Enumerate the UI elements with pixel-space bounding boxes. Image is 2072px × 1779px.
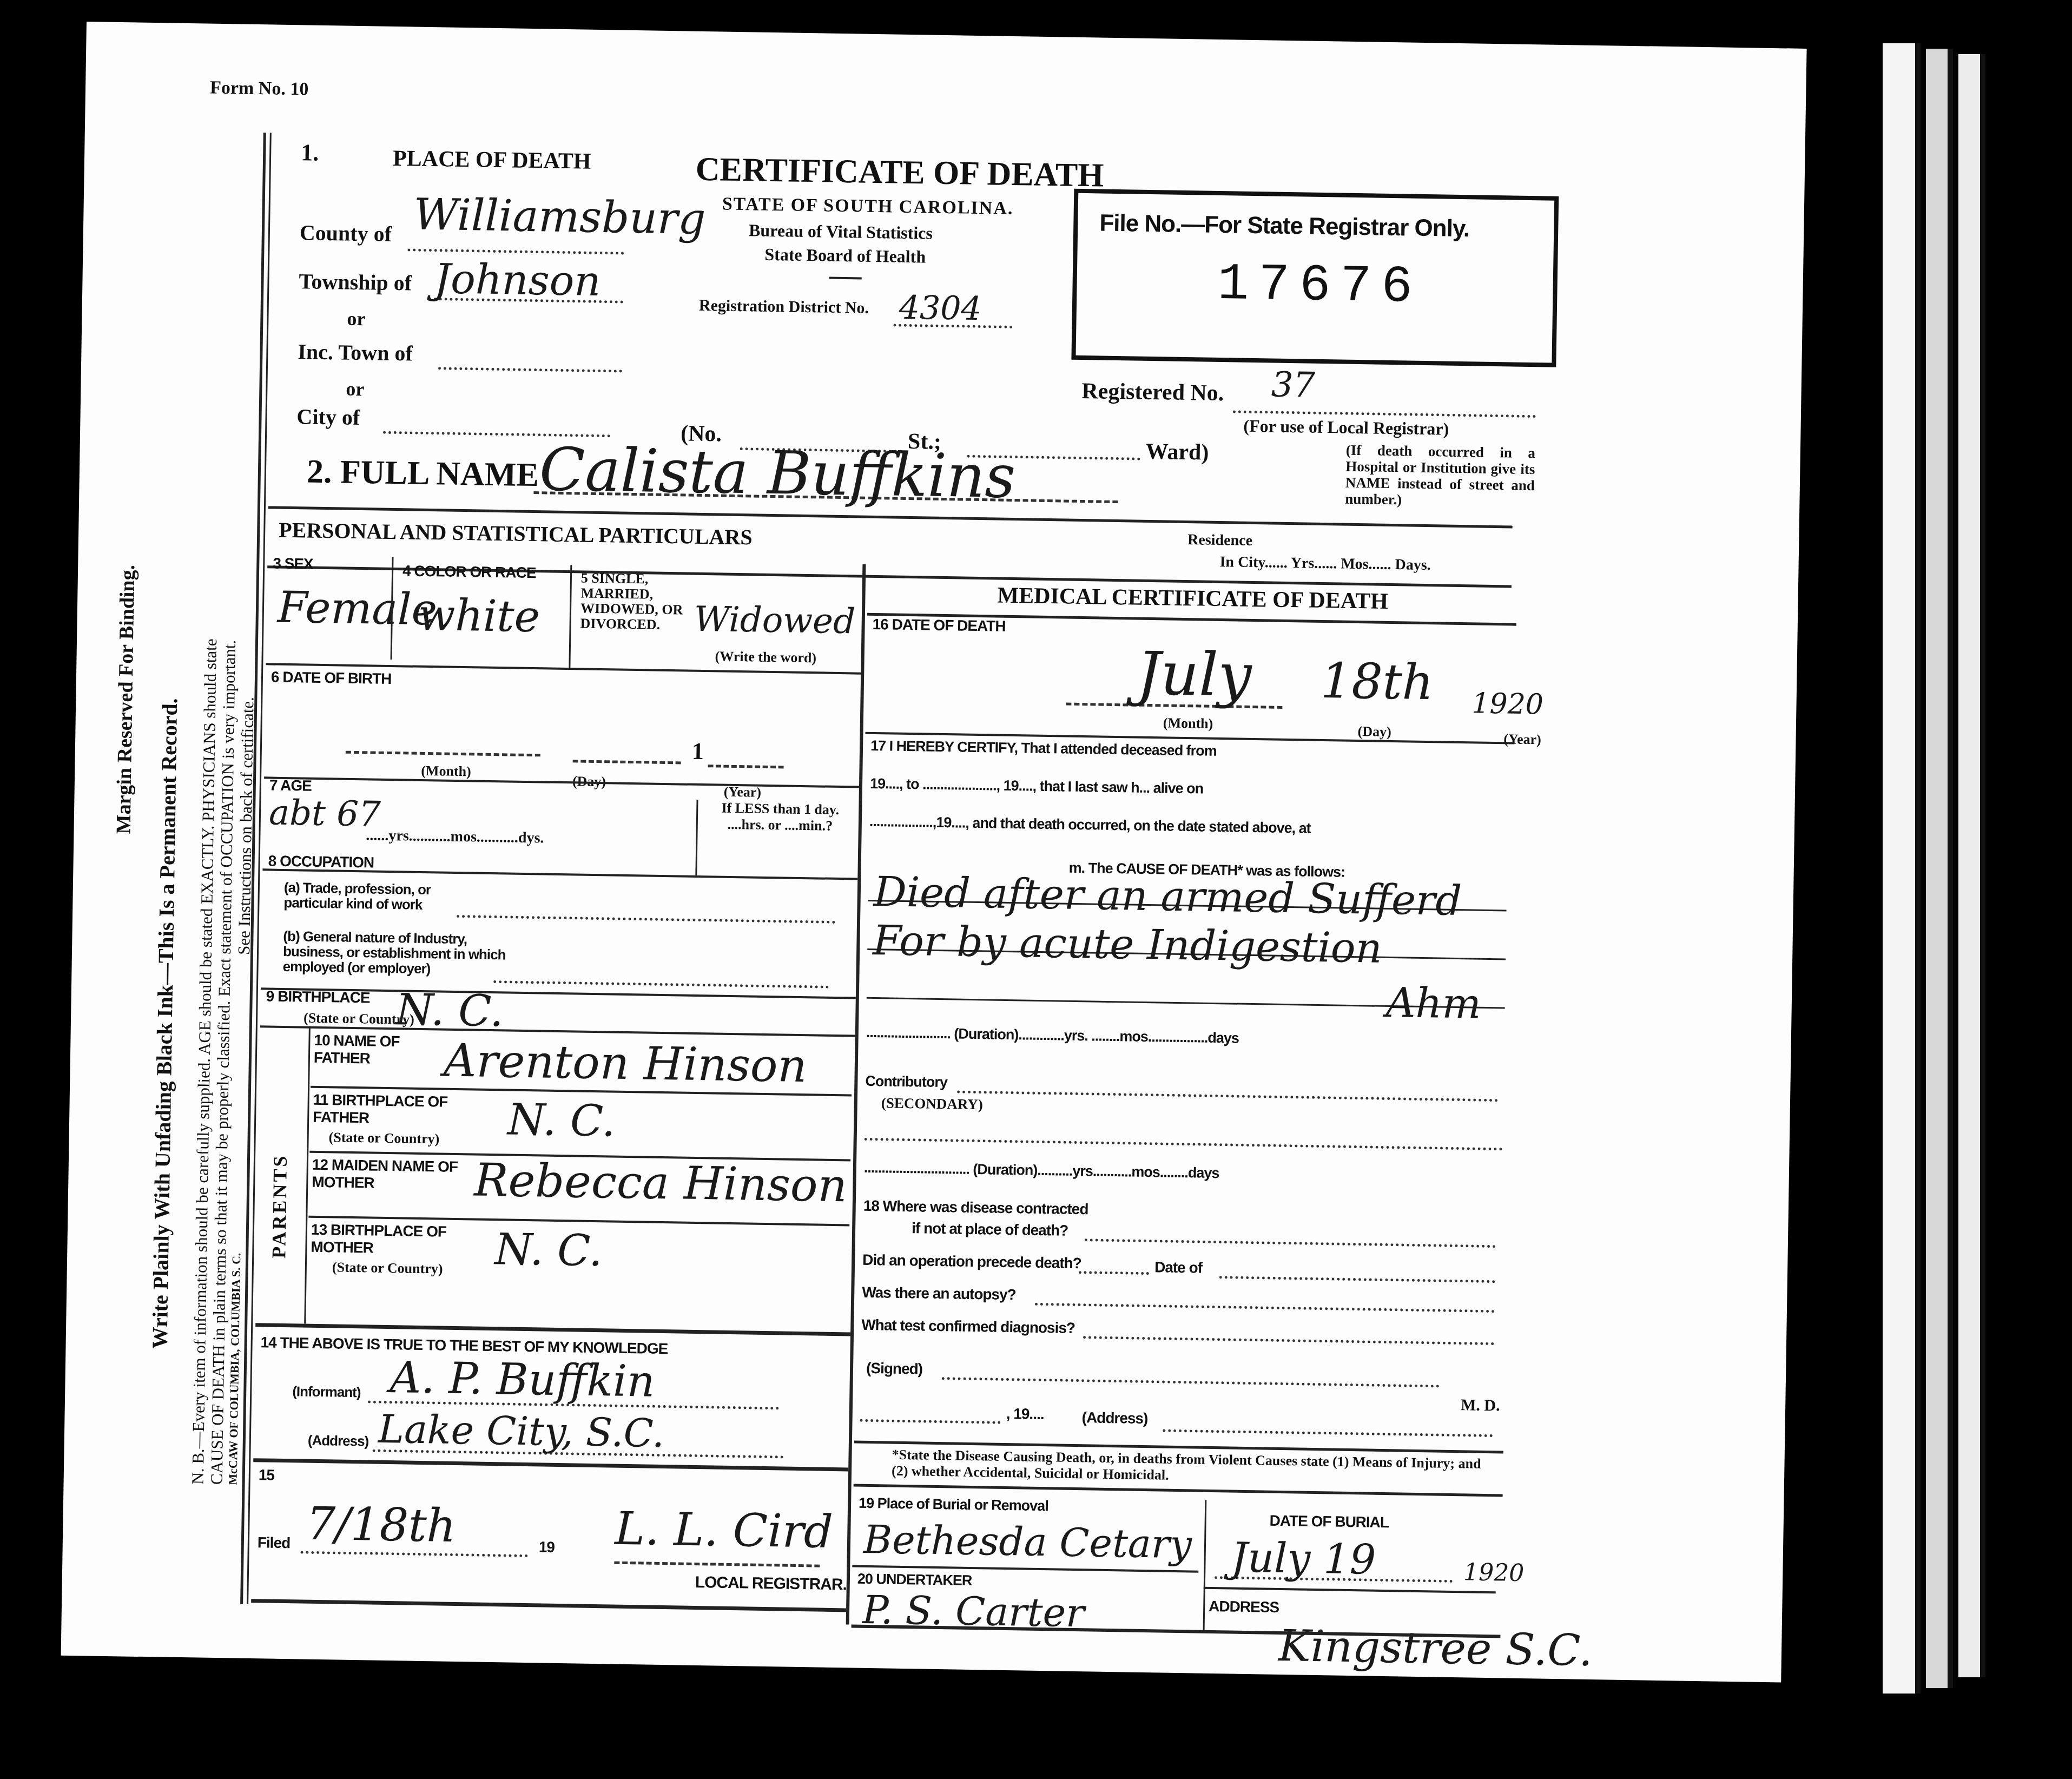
duration-row-1: ........................ (Duration).....… <box>866 1024 1239 1047</box>
autopsy-line[interactable] <box>1035 1303 1495 1313</box>
row-rule-informant <box>255 1323 850 1336</box>
operation-question: Did an operation precede death? <box>862 1251 1081 1272</box>
contributory-line-2[interactable] <box>865 1138 1503 1151</box>
township-label: Township of <box>299 268 412 295</box>
mother-birthplace-value[interactable]: N. C. <box>494 1224 603 1276</box>
duration-row-2: .............................. (Duration… <box>864 1159 1219 1182</box>
duration-days-1: days <box>1207 1030 1239 1046</box>
q18-line-b: if not at place of death? <box>912 1220 1068 1240</box>
date-of-death-day[interactable]: 18th <box>1320 653 1434 711</box>
age-mos-label: mos. <box>451 828 481 846</box>
parents-side-label: PARENTS <box>267 1154 292 1259</box>
burial-place-value[interactable]: Bethesda Cetary <box>863 1517 1192 1567</box>
informant-address-value[interactable]: Lake City, S.C. <box>378 1406 665 1456</box>
residence-in-city-label: In City <box>1219 554 1265 571</box>
age-units: ......yrs...........mos...........dys. <box>366 827 544 847</box>
state-name: STATE OF SOUTH CAROLINA. <box>722 194 1014 219</box>
header-divider <box>829 277 862 280</box>
town-label: Inc. Town of <box>298 339 413 366</box>
burial-divider <box>1203 1500 1207 1630</box>
operation-line[interactable] <box>1079 1271 1149 1275</box>
residence-line: In City...... Yrs...... Mos...... Days. <box>1219 554 1431 574</box>
death-certificate: Form No. 10 Margin Reserved For Binding.… <box>61 22 1807 1683</box>
date-of-death-month[interactable]: July <box>1136 639 1252 710</box>
registered-no-value[interactable]: 37 <box>1271 365 1316 405</box>
certify-line-3: ..................,19...., and that deat… <box>869 813 1311 837</box>
secondary-label: (SECONDARY) <box>881 1095 984 1113</box>
burial-date-value[interactable]: July 19 <box>1231 1533 1376 1584</box>
cause-of-death-line-2[interactable]: For by acute Indigestion <box>873 916 1382 972</box>
dod-year-label: (Year) <box>1503 731 1541 748</box>
contributory-label: Contributory <box>865 1073 947 1091</box>
father-birthplace-value[interactable]: N. C. <box>507 1094 616 1146</box>
father-name-label: 10 NAME OF FATHER <box>314 1032 455 1069</box>
residence-yrs-label: Yrs <box>1291 555 1315 572</box>
certify-line-2: 19...., to ....................., 19....… <box>870 775 1204 798</box>
undertaker-address-value[interactable]: Kingstree S.C. <box>1278 1620 1593 1676</box>
test-line[interactable] <box>1083 1336 1494 1345</box>
contributory-line[interactable] <box>957 1091 1498 1102</box>
registrar-signature[interactable]: L. L. Cird <box>615 1502 834 1558</box>
signed-label: (Signed) <box>866 1360 922 1378</box>
cause-signer[interactable]: Ahm <box>1385 978 1481 1028</box>
age-label: 7 AGE <box>269 776 312 794</box>
age-value[interactable]: abt 67 <box>268 793 381 834</box>
age-less-divider <box>695 800 698 875</box>
county-line <box>407 248 624 254</box>
dob-month-line[interactable] <box>346 751 540 757</box>
cause-footnote: *State the Disease Causing Death, or, in… <box>892 1447 1487 1488</box>
physician-signature-line[interactable] <box>942 1377 1440 1387</box>
operation-date-line[interactable] <box>1219 1276 1495 1283</box>
informant-address-label: (Address) <box>308 1432 369 1450</box>
marital-value[interactable]: Widowed <box>694 599 855 642</box>
printer-credit: McCAW OF COLUMBIA, COLUMBIA S. C. <box>226 1253 244 1485</box>
dob-year-prefix: 1 <box>692 737 704 765</box>
medical-heading: MEDICAL CERTIFICATE OF DEATH <box>997 583 1388 615</box>
undertaker-address-label: ADDRESS <box>1209 1598 1279 1616</box>
ward-label: Ward) <box>1145 439 1209 466</box>
marital-label: 5 SINGLE, MARRIED, WIDOWED, OR DIVORCED. <box>580 570 689 632</box>
sex-label: 3 SEX <box>273 555 313 573</box>
file-number-box: File No.—For State Registrar Only. 17676 <box>1071 189 1559 367</box>
dob-month-label: (Month) <box>421 763 471 780</box>
full-name-label: 2. FULL NAME <box>306 452 539 495</box>
parents-side-divider <box>304 1026 311 1324</box>
filed-date-value[interactable]: 7/18th <box>306 1497 457 1552</box>
occupation-a-line[interactable] <box>457 915 835 924</box>
local-registrar-label: LOCAL REGISTRAR. <box>695 1573 847 1594</box>
date-of-death-label: 16 DATE OF DEATH <box>872 616 1005 635</box>
q18-line[interactable] <box>1085 1238 1496 1248</box>
place-of-death-heading: PLACE OF DEATH <box>393 146 591 175</box>
row-rule-filed <box>253 1458 848 1471</box>
file-number-label: File No.—For State Registrar Only. <box>1099 209 1470 242</box>
dod-day-label: (Day) <box>1357 723 1391 740</box>
file-number-value[interactable]: 17676 <box>1217 255 1423 317</box>
township-value[interactable]: Johnson <box>434 254 601 305</box>
cause-of-death-line-1[interactable]: Died after an armed Sufferd <box>873 867 1462 925</box>
test-question: What test confirmed diagnosis? <box>861 1316 1075 1337</box>
duration-days-2: days <box>1188 1164 1219 1181</box>
father-birthplace-label: 11 BIRTHPLACE OF FATHER <box>313 1091 454 1128</box>
age-dys-label: dys. <box>518 829 544 847</box>
full-name-value[interactable]: Calista Buffkins <box>539 434 1016 511</box>
informant-value[interactable]: A. P. Buffkin <box>390 1352 655 1407</box>
date-of-death-year[interactable]: 1920 <box>1471 687 1543 721</box>
birthplace-label: 9 BIRTHPLACE <box>266 987 369 1006</box>
race-value[interactable]: white <box>418 590 540 642</box>
less-than-day-note: If LESS than 1 day. ....hrs. or ....min.… <box>707 800 854 834</box>
form-number: Form No. 10 <box>210 78 309 100</box>
margin-binding-note: Margin Reserved For Binding. <box>111 564 140 834</box>
local-registrar-note: (For use of Local Registrar) <box>1243 416 1449 439</box>
reg-district-value[interactable]: 4304 <box>899 289 982 328</box>
row-rule-age <box>264 776 859 788</box>
dob-label: 6 DATE OF BIRTH <box>271 669 392 688</box>
burial-date-label: DATE OF BURIAL <box>1269 1512 1389 1531</box>
father-name-value[interactable]: Arenton Hinson <box>443 1034 807 1093</box>
physician-address-label: (Address) <box>1081 1409 1147 1427</box>
filed-label: Filed <box>258 1534 291 1552</box>
registrar-line <box>614 1561 820 1567</box>
or-label-2: or <box>346 378 365 401</box>
operation-date-label: Date of <box>1154 1259 1202 1276</box>
burial-place-label: 19 Place of Burial or Removal <box>859 1495 1048 1515</box>
or-label-1: or <box>347 307 366 331</box>
dod-month-label: (Month) <box>1163 715 1213 732</box>
burial-date-rule <box>1204 1587 1496 1593</box>
duration-label-2: (Duration) <box>973 1161 1037 1178</box>
certificate-title: CERTIFICATE OF DEATH <box>695 150 1104 195</box>
mother-name-label: 12 MAIDEN NAME OF MOTHER <box>312 1156 464 1193</box>
page-stack-edge-2 <box>1926 49 1953 1688</box>
occupation-b-label: (b) General nature of Industry, business… <box>282 928 510 978</box>
registered-no-label: Registered No. <box>1081 378 1224 406</box>
mother-birthplace-sub-label: (State or Country) <box>332 1259 443 1277</box>
physician-address-line[interactable] <box>1163 1429 1493 1438</box>
personal-particulars-heading: PERSONAL AND STATISTICAL PARTICULARS <box>279 517 753 550</box>
dob-day-line[interactable] <box>573 760 681 764</box>
residence-mos-label: Mos <box>1341 556 1369 573</box>
residence-label: Residence <box>1187 531 1252 550</box>
sex-value[interactable]: Female <box>277 582 437 635</box>
burial-date-year[interactable]: 1920 <box>1463 1558 1525 1587</box>
hospital-note: (If death occurred in a Hospital or Inst… <box>1345 442 1535 510</box>
duration-yrs-2: yrs. <box>1072 1163 1097 1180</box>
mother-birthplace-label: 13 BIRTHPLACE OF MOTHER <box>311 1221 463 1258</box>
informant-label: (Informant) <box>292 1383 361 1401</box>
age-yrs-label: yrs. <box>388 827 413 845</box>
section-1-number: 1. <box>301 139 319 167</box>
bureau-name: Bureau of Vital Statistics <box>749 220 933 243</box>
race-marital-divider <box>569 565 572 668</box>
residence-days-label: Days. <box>1395 556 1431 574</box>
occupation-label: 8 OCCUPATION <box>268 852 374 871</box>
county-label: County of <box>300 220 392 247</box>
filed-date-line <box>301 1551 528 1558</box>
md-label: M. D. <box>1461 1396 1500 1415</box>
duration-mos-2: mos. <box>1131 1164 1163 1181</box>
county-value[interactable]: Williamsburg <box>413 189 706 244</box>
duration-yrs-1: yrs. <box>1064 1027 1088 1044</box>
signed-date-line[interactable] <box>860 1419 1001 1424</box>
page-stack-edge-1 <box>1883 43 1921 1694</box>
undertaker-label: 20 UNDERTAKER <box>857 1571 972 1589</box>
mother-name-value[interactable]: Rebecca Hinson <box>474 1154 848 1213</box>
town-line[interactable] <box>438 367 622 372</box>
board-name: State Board of Health <box>764 245 926 267</box>
dob-year-line[interactable] <box>708 765 783 768</box>
city-label: City of <box>296 404 360 430</box>
occupation-a-label: (a) Trade, profession, or particular kin… <box>283 880 479 913</box>
filed-section-number: 15 <box>259 1466 275 1484</box>
filed-year-prefix: 19 <box>539 1538 555 1556</box>
q18-line-a: 18 Where was disease contracted <box>863 1197 1088 1218</box>
race-label: 4 COLOR OR RACE <box>402 562 536 582</box>
autopsy-question: Was there an autopsy? <box>862 1284 1016 1303</box>
occupation-b-line[interactable] <box>493 980 829 989</box>
bottom-rule-left <box>251 1599 846 1612</box>
certify-line-1: 17 I HEREBY CERTIFY, That I attended dec… <box>870 737 1217 760</box>
page-stack-edge-3 <box>1958 54 1985 1677</box>
reg-district-label: Registration District No. <box>699 296 869 318</box>
duration-label-1: (Duration) <box>954 1025 1018 1043</box>
margin-ink-note: Write Plainly With Unfading Black Ink—Th… <box>147 698 182 1349</box>
marital-note: (Write the word) <box>715 648 816 666</box>
father-birthplace-sub-label: (State or Country) <box>328 1129 439 1147</box>
duration-mos-1: mos. <box>1119 1028 1151 1045</box>
signed-date-year: , 19.... <box>1006 1405 1044 1423</box>
